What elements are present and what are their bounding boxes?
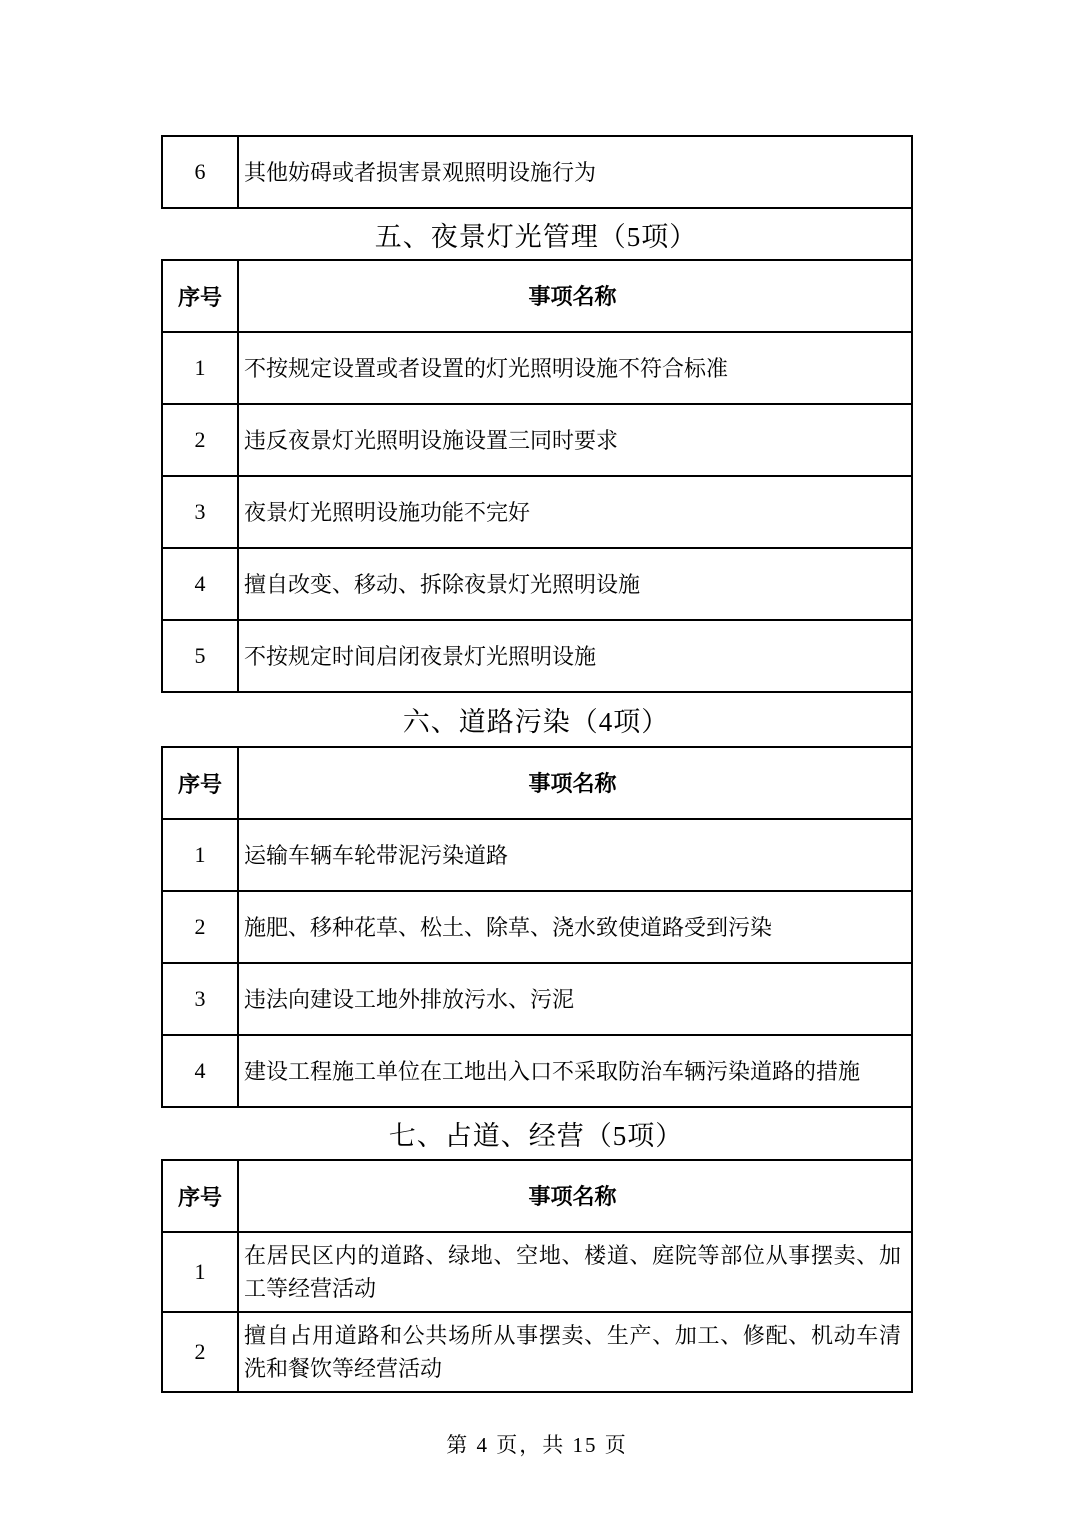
row-number-cell: 1 xyxy=(163,1233,239,1311)
row-name-cell: 夜景灯光照明设施功能不完好 xyxy=(239,477,911,547)
row-name-cell: 不按规定设置或者设置的灯光照明设施不符合标准 xyxy=(239,333,911,403)
section-title-6: 六、道路污染（4项） xyxy=(161,693,913,746)
section-table-6: 序号 事项名称 1 运输车辆车轮带泥污染道路 2 施肥、移种花草、松土、除草、浇… xyxy=(161,746,913,1108)
row-number-cell: 2 xyxy=(163,405,239,475)
table-header-row: 序号 事项名称 xyxy=(163,261,911,331)
row-number-cell: 3 xyxy=(163,477,239,547)
row-number-cell: 4 xyxy=(163,549,239,619)
header-name-cell: 事项名称 xyxy=(239,1161,911,1231)
table-row: 2 违反夜景灯光照明设施设置三同时要求 xyxy=(163,403,911,475)
table-header-row: 序号 事项名称 xyxy=(163,748,911,818)
row-name-cell: 违法向建设工地外排放污水、污泥 xyxy=(239,964,911,1034)
row-name-text: 夜景灯光照明设施功能不完好 xyxy=(244,496,901,529)
table-row: 1 运输车辆车轮带泥污染道路 xyxy=(163,818,911,890)
row-name-text: 违法向建设工地外排放污水、污泥 xyxy=(244,983,901,1016)
page: { "carryover": { "rows": [ { "no": "6", … xyxy=(0,0,1074,1519)
row-name-text: 擅自占用道路和公共场所从事摆卖、生产、加工、修配、机动车清洗和餐饮等经营活动 xyxy=(244,1319,901,1385)
row-name-cell: 擅自占用道路和公共场所从事摆卖、生产、加工、修配、机动车清洗和餐饮等经营活动 xyxy=(239,1313,911,1391)
header-number-cell: 序号 xyxy=(163,261,239,331)
row-number-cell: 5 xyxy=(163,621,239,691)
row-name-cell: 违反夜景灯光照明设施设置三同时要求 xyxy=(239,405,911,475)
table-header-row: 序号 事项名称 xyxy=(163,1161,911,1231)
header-name-text: 事项名称 xyxy=(244,767,901,800)
row-name-text: 建设工程施工单位在工地出入口不采取防治车辆污染道路的措施 xyxy=(244,1055,901,1088)
table-row: 3 违法向建设工地外排放污水、污泥 xyxy=(163,962,911,1034)
table-row: 2 施肥、移种花草、松土、除草、浇水致使道路受到污染 xyxy=(163,890,911,962)
row-number-cell: 2 xyxy=(163,892,239,962)
header-number-cell: 序号 xyxy=(163,748,239,818)
row-name-text: 运输车辆车轮带泥污染道路 xyxy=(244,839,901,872)
header-name-text: 事项名称 xyxy=(244,280,901,313)
row-name-text: 施肥、移种花草、松土、除草、浇水致使道路受到污染 xyxy=(244,911,901,944)
row-name-text: 不按规定时间启闭夜景灯光照明设施 xyxy=(244,640,901,673)
row-name-cell: 在居民区内的道路、绿地、空地、楼道、庭院等部位从事摆卖、加工等经营活动 xyxy=(239,1233,911,1311)
row-name-cell: 施肥、移种花草、松土、除草、浇水致使道路受到污染 xyxy=(239,892,911,962)
header-name-cell: 事项名称 xyxy=(239,748,911,818)
table-row: 1 在居民区内的道路、绿地、空地、楼道、庭院等部位从事摆卖、加工等经营活动 xyxy=(163,1231,911,1311)
table-row: 2 擅自占用道路和公共场所从事摆卖、生产、加工、修配、机动车清洗和餐饮等经营活动 xyxy=(163,1311,911,1391)
row-number-cell: 1 xyxy=(163,820,239,890)
header-number-cell: 序号 xyxy=(163,1161,239,1231)
row-name-cell: 运输车辆车轮带泥污染道路 xyxy=(239,820,911,890)
row-name-text: 在居民区内的道路、绿地、空地、楼道、庭院等部位从事摆卖、加工等经营活动 xyxy=(244,1239,901,1305)
row-name-text: 擅自改变、移动、拆除夜景灯光照明设施 xyxy=(244,568,901,601)
row-name-cell: 擅自改变、移动、拆除夜景灯光照明设施 xyxy=(239,549,911,619)
row-number-cell: 4 xyxy=(163,1036,239,1106)
row-name-text: 不按规定设置或者设置的灯光照明设施不符合标准 xyxy=(244,352,901,385)
header-name-cell: 事项名称 xyxy=(239,261,911,331)
table-row: 3 夜景灯光照明设施功能不完好 xyxy=(163,475,911,547)
row-name-cell: 不按规定时间启闭夜景灯光照明设施 xyxy=(239,621,911,691)
table-row: 1 不按规定设置或者设置的灯光照明设施不符合标准 xyxy=(163,331,911,403)
carryover-table: 6 其他妨碍或者损害景观照明设施行为 xyxy=(161,135,913,209)
table-row: 5 不按规定时间启闭夜景灯光照明设施 xyxy=(163,619,911,691)
page-footer: 第 4 页，共 15 页 xyxy=(0,1429,1074,1459)
row-name-text: 其他妨碍或者损害景观照明设施行为 xyxy=(244,156,901,189)
row-name-text: 违反夜景灯光照明设施设置三同时要求 xyxy=(244,424,901,457)
section-title-5: 五、夜景灯光管理（5项） xyxy=(161,209,913,259)
section-title-7: 七、占道、经营（5项） xyxy=(161,1108,913,1159)
table-row: 4 建设工程施工单位在工地出入口不采取防治车辆污染道路的措施 xyxy=(163,1034,911,1106)
row-name-cell: 其他妨碍或者损害景观照明设施行为 xyxy=(239,137,911,207)
section-table-5: 序号 事项名称 1 不按规定设置或者设置的灯光照明设施不符合标准 2 违反夜景灯… xyxy=(161,259,913,693)
row-number-cell: 6 xyxy=(163,137,239,207)
row-name-cell: 建设工程施工单位在工地出入口不采取防治车辆污染道路的措施 xyxy=(239,1036,911,1106)
row-number-cell: 1 xyxy=(163,333,239,403)
section-table-7: 序号 事项名称 1 在居民区内的道路、绿地、空地、楼道、庭院等部位从事摆卖、加工… xyxy=(161,1159,913,1393)
header-name-text: 事项名称 xyxy=(244,1180,901,1213)
row-number-cell: 3 xyxy=(163,964,239,1034)
row-number-cell: 2 xyxy=(163,1313,239,1391)
table-row: 4 擅自改变、移动、拆除夜景灯光照明设施 xyxy=(163,547,911,619)
document-content: 6 其他妨碍或者损害景观照明设施行为 五、夜景灯光管理（5项） 序号 事项名称 … xyxy=(161,135,913,1393)
table-row: 6 其他妨碍或者损害景观照明设施行为 xyxy=(163,137,911,207)
